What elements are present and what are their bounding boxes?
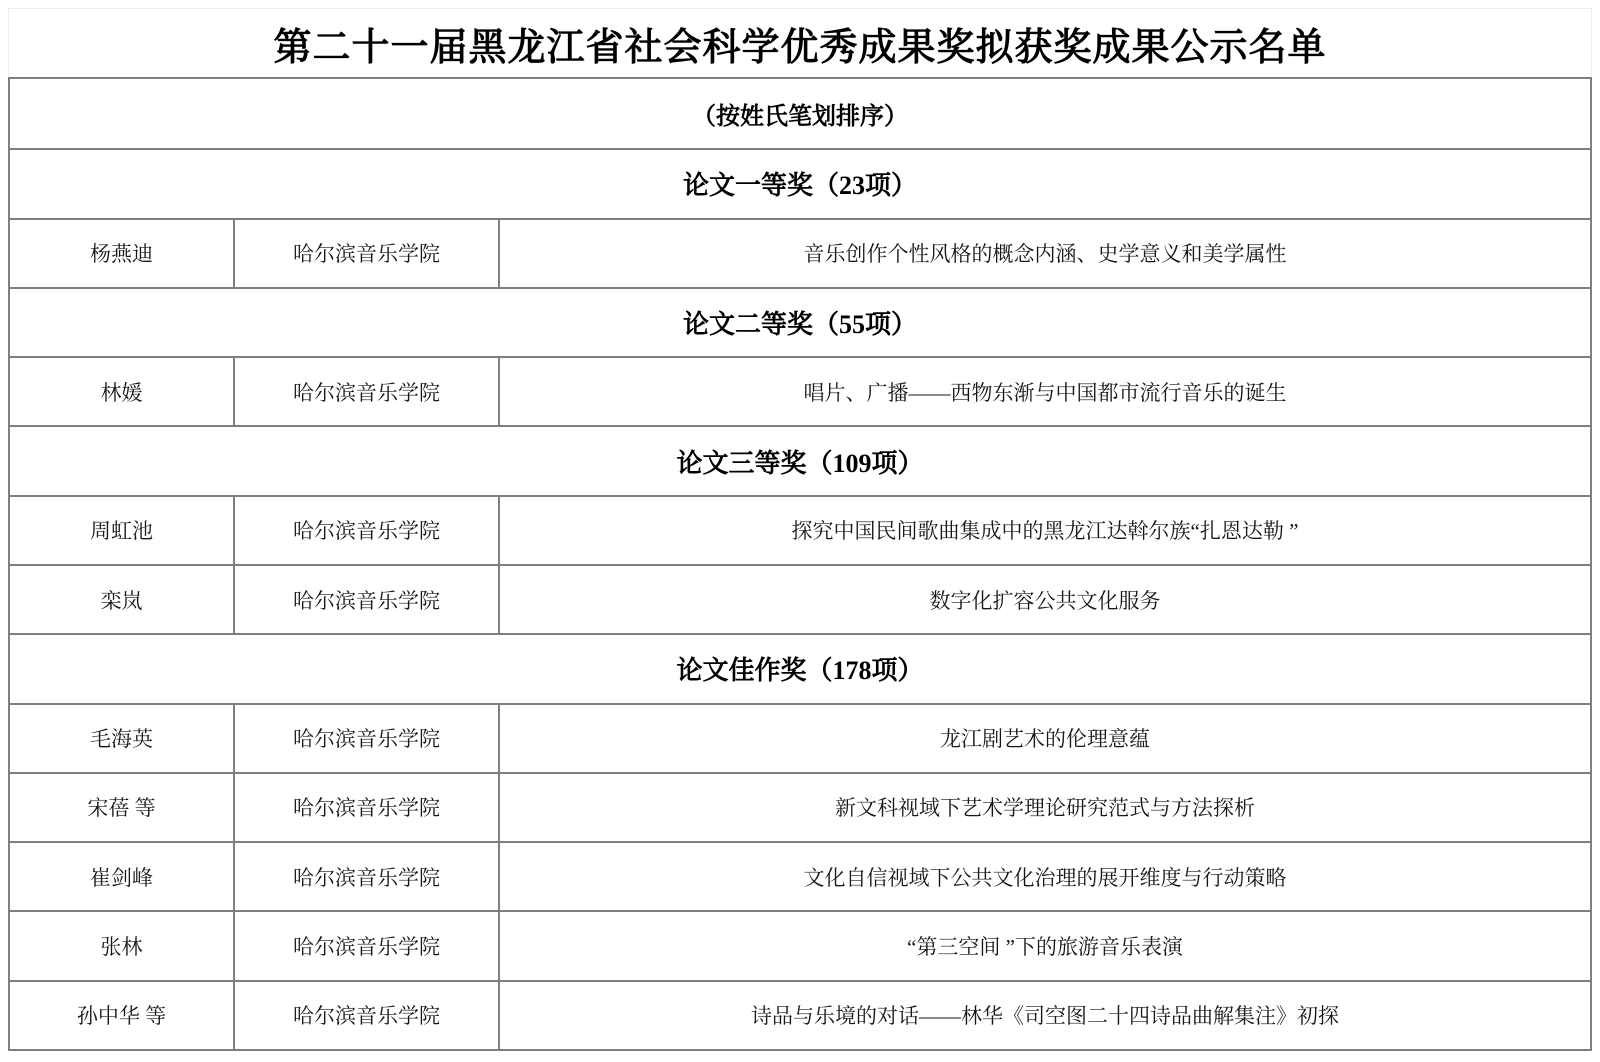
work-title-cell: 探究中国民间歌曲集成中的黑龙江达斡尔族“扎恩达勒 ” (500, 497, 1590, 564)
work-title-cell: 文化自信视域下公共文化治理的展开维度与行动策略 (500, 843, 1590, 910)
section-header-row: 论文佳作奖（178项） (10, 633, 1590, 702)
table-row: 毛海英哈尔滨音乐学院龙江剧艺术的伦理意蕴 (10, 703, 1590, 772)
table-row: 张林哈尔滨音乐学院“第三空间 ”下的旅游音乐表演 (10, 910, 1590, 979)
institution-cell: 哈尔滨音乐学院 (235, 220, 500, 287)
table-row: 林媛哈尔滨音乐学院唱片、广播——西物东渐与中国都市流行音乐的诞生 (10, 356, 1590, 425)
table-row: 孙中华 等哈尔滨音乐学院诗品与乐境的对话——林华《司空图二十四诗品曲解集注》初探 (10, 980, 1590, 1049)
institution-cell: 哈尔滨音乐学院 (235, 566, 500, 633)
author-cell: 毛海英 (10, 705, 235, 772)
work-title-cell: 诗品与乐境的对话——林华《司空图二十四诗品曲解集注》初探 (500, 982, 1590, 1049)
author-cell: 林媛 (10, 358, 235, 425)
institution-cell: 哈尔滨音乐学院 (235, 358, 500, 425)
award-table-body: （按姓氏笔划排序） 论文一等奖（23项）杨燕迪哈尔滨音乐学院音乐创作个性风格的概… (8, 77, 1592, 1051)
table-row: 崔剑峰哈尔滨音乐学院文化自信视域下公共文化治理的展开维度与行动策略 (10, 841, 1590, 910)
table-row: 宋蓓 等哈尔滨音乐学院新文科视域下艺术学理论研究范式与方法探析 (10, 772, 1590, 841)
author-cell: 栾岚 (10, 566, 235, 633)
author-cell: 张林 (10, 912, 235, 979)
institution-cell: 哈尔滨音乐学院 (235, 982, 500, 1049)
work-title-cell: 唱片、广播——西物东渐与中国都市流行音乐的诞生 (500, 358, 1590, 425)
institution-cell: 哈尔滨音乐学院 (235, 912, 500, 979)
document-page: 第二十一届黑龙江省社会科学优秀成果奖拟获奖成果公示名单 （按姓氏笔划排序） 论文… (0, 0, 1600, 1062)
institution-cell: 哈尔滨音乐学院 (235, 774, 500, 841)
work-title-cell: 龙江剧艺术的伦理意蕴 (500, 705, 1590, 772)
section-header-row: 论文三等奖（109项） (10, 425, 1590, 494)
author-cell: 崔剑峰 (10, 843, 235, 910)
sort-note-row: （按姓氏笔划排序） (10, 79, 1590, 148)
page-title: 第二十一届黑龙江省社会科学优秀成果奖拟获奖成果公示名单 (8, 8, 1592, 77)
author-cell: 杨燕迪 (10, 220, 235, 287)
work-title-cell: 数字化扩容公共文化服务 (500, 566, 1590, 633)
section-header-row: 论文二等奖（55项） (10, 287, 1590, 356)
institution-cell: 哈尔滨音乐学院 (235, 843, 500, 910)
table-row: 周虹池哈尔滨音乐学院探究中国民间歌曲集成中的黑龙江达斡尔族“扎恩达勒 ” (10, 495, 1590, 564)
section-header-row: 论文一等奖（23项） (10, 148, 1590, 217)
institution-cell: 哈尔滨音乐学院 (235, 705, 500, 772)
work-title-cell: 新文科视域下艺术学理论研究范式与方法探析 (500, 774, 1590, 841)
table-row: 杨燕迪哈尔滨音乐学院音乐创作个性风格的概念内涵、史学意义和美学属性 (10, 218, 1590, 287)
author-cell: 宋蓓 等 (10, 774, 235, 841)
author-cell: 周虹池 (10, 497, 235, 564)
institution-cell: 哈尔滨音乐学院 (235, 497, 500, 564)
author-cell: 孙中华 等 (10, 982, 235, 1049)
table-row: 栾岚哈尔滨音乐学院数字化扩容公共文化服务 (10, 564, 1590, 633)
work-title-cell: 音乐创作个性风格的概念内涵、史学意义和美学属性 (500, 220, 1590, 287)
work-title-cell: “第三空间 ”下的旅游音乐表演 (500, 912, 1590, 979)
